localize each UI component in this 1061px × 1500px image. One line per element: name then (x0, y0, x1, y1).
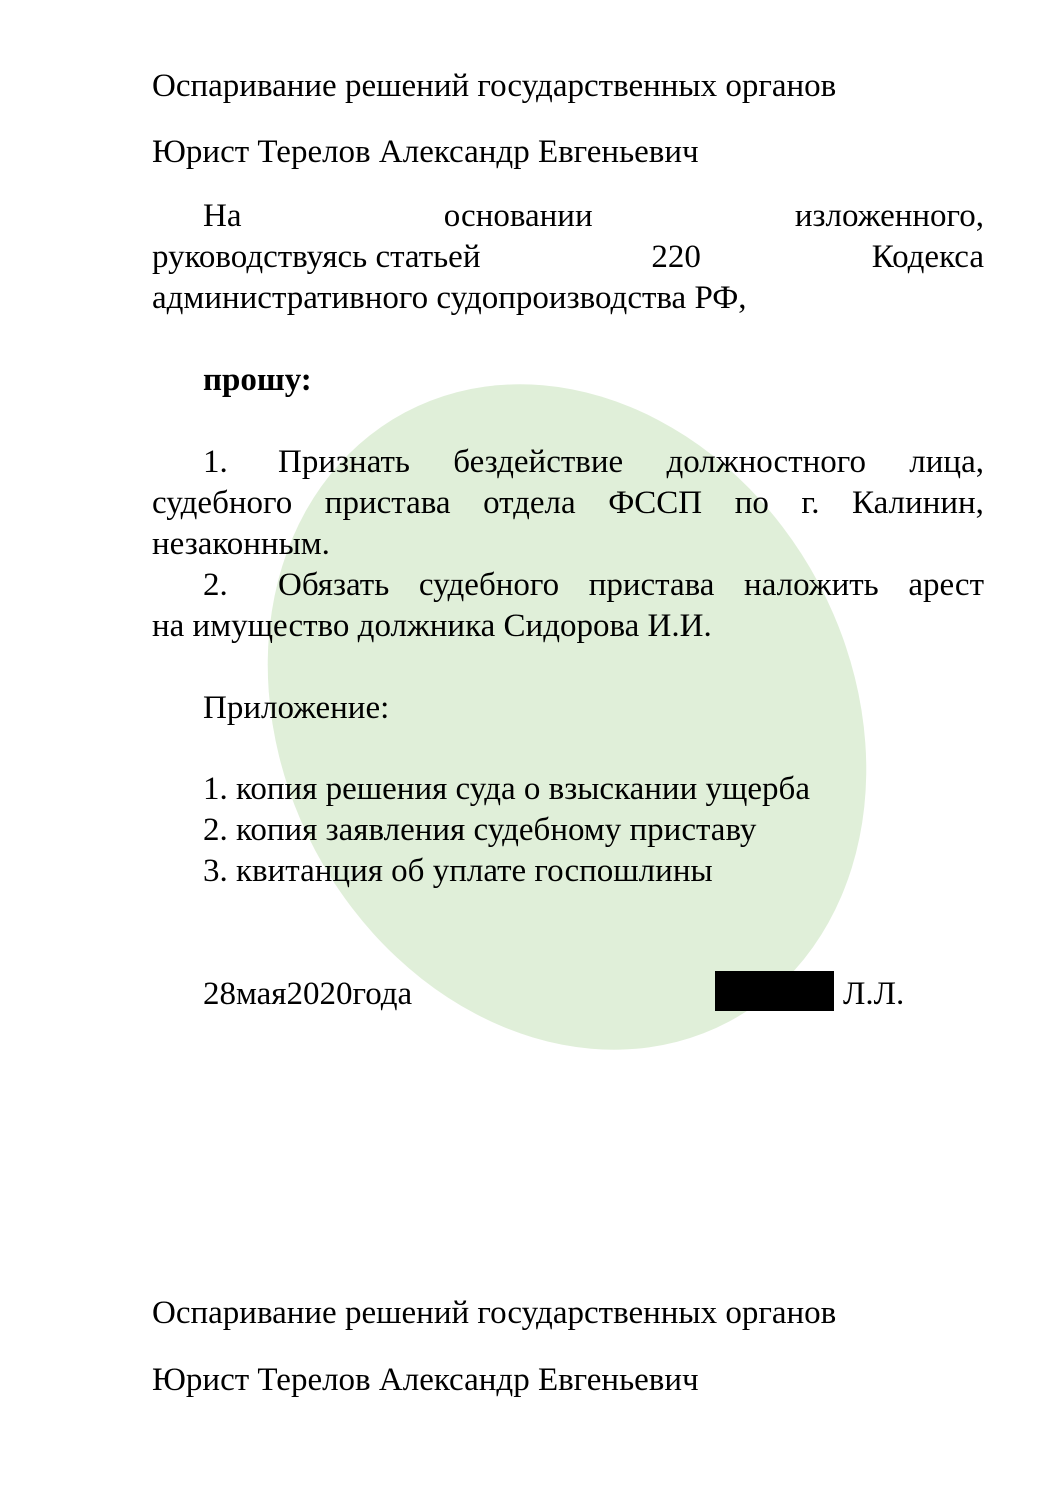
document-page: Оспаривание решений государственных орга… (0, 0, 1061, 1500)
header-title: Оспаривание решений государственных орга… (152, 66, 836, 106)
request-word: наложить (744, 565, 879, 605)
request-word: должностного (666, 442, 866, 482)
request-word: Обязать (278, 565, 389, 605)
preamble-word: изложенного, (795, 196, 984, 236)
preamble-line-2: руководствуясь статьей 220 Кодекса (152, 237, 984, 277)
preamble-line-1: На основании изложенного, (203, 196, 984, 236)
request-word: по (735, 483, 769, 523)
request-word: отдела (483, 483, 576, 523)
header-author: Юрист Терелов Александр Евгеньевич (152, 132, 699, 172)
request-1-line-1: Признать бездействие должностного лица, (278, 442, 984, 482)
preamble-word: На (203, 196, 241, 236)
document-date: 28мая2020года (203, 974, 412, 1014)
request-2-line-2: на имущество должника Сидорова И.И. (152, 606, 712, 646)
attachment-item: 2. копия заявления судебному приставу (203, 810, 756, 850)
request-word: лица, (909, 442, 984, 482)
attachments-heading: Приложение: (203, 688, 389, 728)
request-word: арест (908, 565, 984, 605)
request-word: г. (801, 483, 819, 523)
request-heading: прошу: (203, 360, 312, 400)
request-1-line-3: незаконным. (152, 524, 330, 564)
footer-title: Оспаривание решений государственных орга… (152, 1293, 836, 1333)
request-2-line-1: Обязать судебного пристава наложить арес… (278, 565, 984, 605)
request-2-number: 2. (203, 565, 228, 605)
preamble-word: основании (444, 196, 593, 236)
attachment-item: 3. квитанция об уплате госпошлины (203, 851, 713, 891)
preamble-word: 220 (651, 237, 701, 277)
redacted-signature (715, 971, 834, 1011)
request-word: судебного (419, 565, 559, 605)
request-word: Признать (278, 442, 410, 482)
request-word: пристава (325, 483, 451, 523)
preamble-word: руководствуясь статьей (152, 237, 481, 277)
request-word: ФССП (608, 483, 702, 523)
request-1-line-2: судебного пристава отдела ФССП по г. Кал… (152, 483, 984, 523)
signature-initials: Л.Л. (843, 974, 904, 1014)
preamble-line-3: административного судопроизводства РФ, (152, 278, 747, 318)
request-word: пристава (589, 565, 715, 605)
preamble-word: Кодекса (872, 237, 984, 277)
footer-author: Юрист Терелов Александр Евгеньевич (152, 1360, 699, 1400)
request-1-number: 1. (203, 442, 228, 482)
attachment-item: 1. копия решения суда о взыскании ущерба (203, 769, 810, 809)
request-word: бездействие (453, 442, 623, 482)
request-word: судебного (152, 483, 292, 523)
request-word: Калинин, (852, 483, 984, 523)
